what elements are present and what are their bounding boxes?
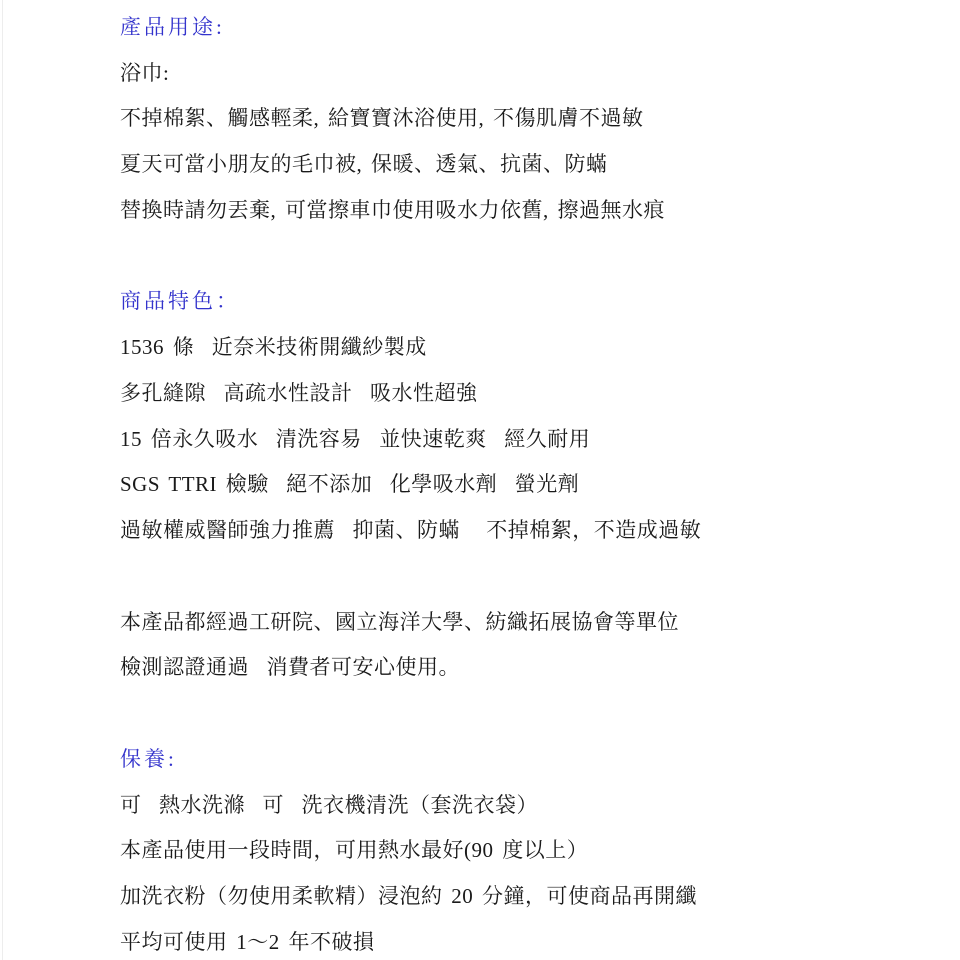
blank-line [120, 689, 960, 735]
text-line: 過敏權威醫師強力推薦 抑菌、防蟎 不掉棉絮，不造成過敏 [120, 506, 960, 552]
text-line: 夏天可當小朋友的毛巾被, 保暖、透氣、抗菌、防蟎 [120, 140, 960, 186]
product-description-page: { "meta": { "background_color": "#ffffff… [0, 0, 960, 960]
section-heading: 商品特色： [120, 278, 960, 324]
text-line: 1536 條 近奈米技術開纖紗製成 [120, 323, 960, 369]
text-line: 平均可使用 1～2 年不破損 [120, 918, 960, 960]
text-line: 檢測認證通過 消費者可安心使用。 [120, 644, 960, 690]
text-line: 替換時請勿丟棄, 可當擦車巾使用吸水力依舊, 擦過無水痕 [120, 186, 960, 232]
text-line: 本產品使用一段時間，可用熱水最好(90 度以上） [120, 827, 960, 873]
blank-line [120, 552, 960, 598]
text-line: 不掉棉絮、觸感輕柔, 給寶寶沐浴使用, 不傷肌膚不過敏 [120, 95, 960, 141]
text-line: 浴巾: [120, 49, 960, 95]
text-line: 可 熱水洗滌 可 洗衣機清洗（套洗衣袋） [120, 781, 960, 827]
text-line: 本產品都經過工研院、國立海洋大學、紡織拓展協會等單位 [120, 598, 960, 644]
text-line: 加洗衣粉（勿使用柔軟精）浸泡約 20 分鐘，可使商品再開纖 [120, 872, 960, 918]
text-line: 多孔縫隙 高疏水性設計 吸水性超強 [120, 369, 960, 415]
text-line: SGS TTRI 檢驗 絕不添加 化學吸水劑 螢光劑 [120, 461, 960, 507]
section-heading: 產品用途: [120, 3, 960, 49]
product-description-document: 產品用途:浴巾:不掉棉絮、觸感輕柔, 給寶寶沐浴使用, 不傷肌膚不過敏夏天可當小… [120, 3, 960, 960]
page-left-edge-divider [2, 0, 3, 960]
blank-line [120, 232, 960, 278]
section-heading: 保養: [120, 735, 960, 781]
text-line: 15 倍永久吸水 清洗容易 並快速乾爽 經久耐用 [120, 415, 960, 461]
